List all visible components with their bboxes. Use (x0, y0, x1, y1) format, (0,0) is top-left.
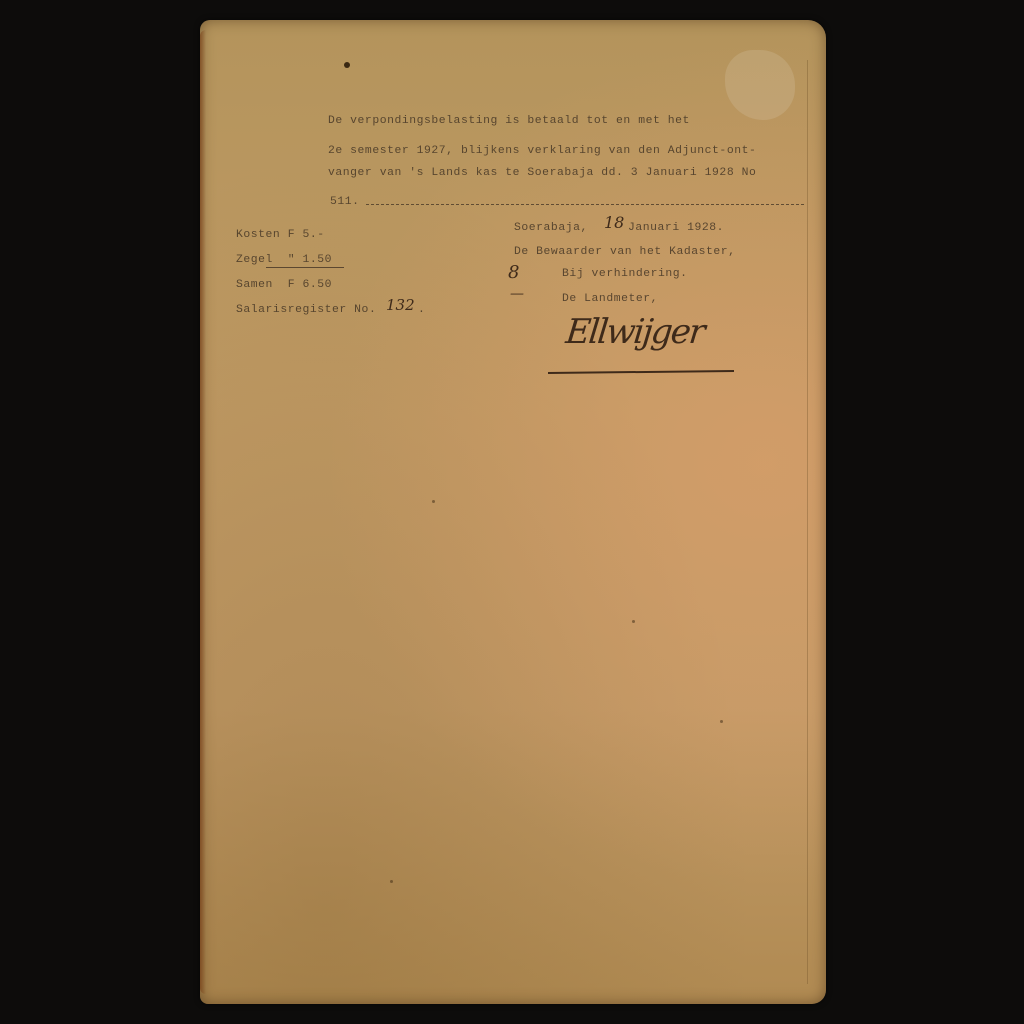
ink-spot (720, 720, 723, 723)
salarisregister-number: 132 (386, 296, 415, 314)
ink-spot (344, 62, 350, 68)
body-line-2: 2e semester 1927, blijkens verklaring va… (328, 145, 756, 157)
kosten-line: Kosten F 5.- (236, 229, 325, 241)
paper-stain (725, 50, 795, 120)
dashed-rule (366, 204, 804, 205)
signature: Ellwijger (564, 312, 705, 352)
samen-line: Samen F 6.50 (236, 279, 332, 291)
body-line-3: vanger van 's Lands kas te Soerabaja dd.… (328, 167, 756, 179)
margin-dash: — (510, 286, 524, 302)
ink-spot (432, 500, 435, 503)
date-suffix: Januari 1928. (628, 222, 724, 234)
ink-spot (632, 620, 635, 623)
ink-spot (390, 880, 393, 883)
body-line-4: 511. (330, 196, 360, 208)
zegel-underline (266, 267, 344, 268)
margin-mark: 8 (508, 262, 519, 283)
verhindering-line: Bij verhindering. (562, 268, 688, 280)
salarisregister-suffix: . (418, 304, 425, 316)
bewaarder-line: De Bewaarder van het Kadaster, (514, 246, 736, 258)
landmeter-line: De Landmeter, (562, 293, 658, 305)
zegel-line: Zegel " 1.50 (236, 254, 332, 266)
date-day-handwritten: 18 (604, 213, 624, 232)
salarisregister-label: Salarisregister No. (236, 304, 376, 316)
place-prefix: Soerabaja, (514, 222, 588, 234)
body-line-1: De verpondingsbelasting is betaald tot e… (328, 115, 690, 127)
